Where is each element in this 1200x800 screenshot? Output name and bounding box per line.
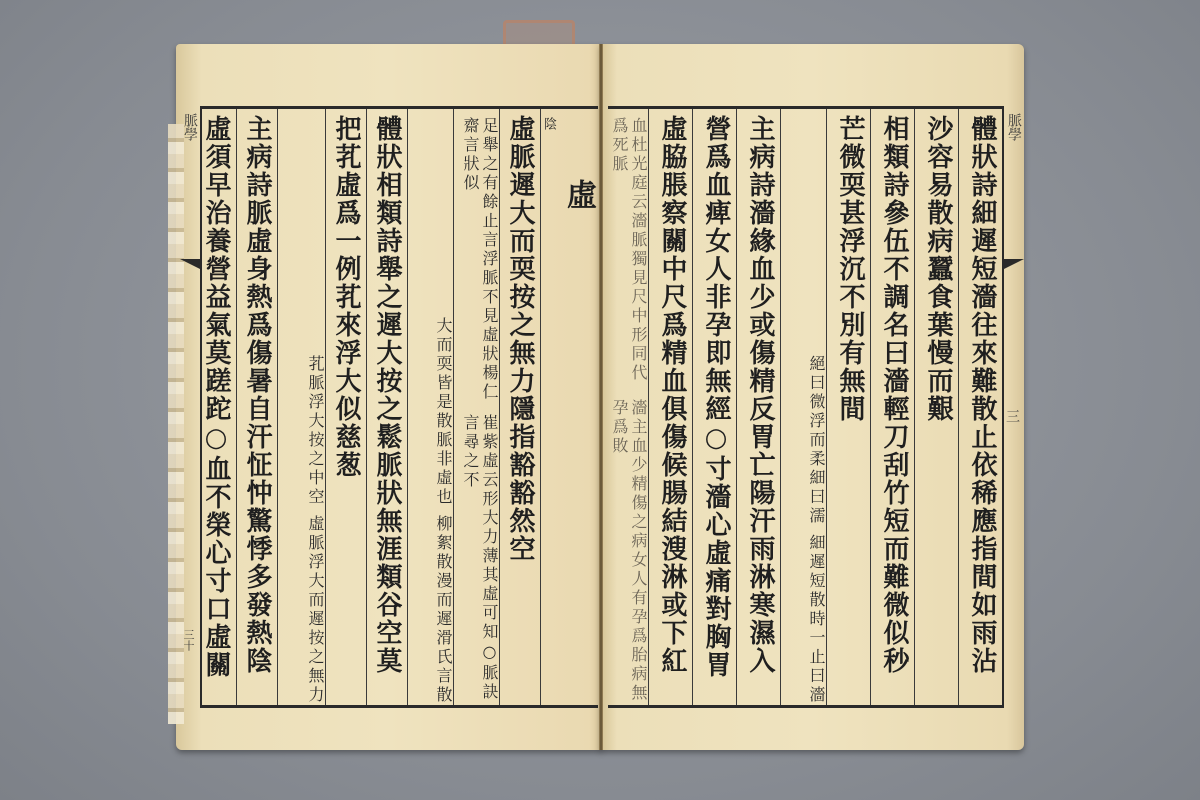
- column-text: 體狀相類詩舉之遲大按之鬆脈狀無涯類谷空莫: [367, 109, 407, 705]
- annotation-column: 濇主血少精傷之病女人有孕爲胎病無孕爲敗 血杜光庭云濇脈獨見尺中形同代爲死脈: [608, 109, 648, 705]
- right-page-number: 三: [1002, 409, 1022, 423]
- text-column: 芒微耎甚浮沉不別有無間: [826, 109, 870, 705]
- section-title-column: 虛 陰: [540, 109, 598, 705]
- left-page: 脈學 三十 虛 陰 虛脈遲大而耎按之無力隱指豁豁然空 崔紫虛云形大力薄其虛可知○…: [176, 44, 602, 750]
- column-text: 相類詩參伍不調名曰濇輕刀刮竹短而難微似秒: [874, 109, 914, 705]
- text-column: 體狀相類詩舉之遲大按之鬆脈狀無涯類谷空莫: [366, 109, 407, 705]
- annotation-column: 柳絮散漫而遲滑氏言散 大而耎皆是散脈非虛也: [407, 109, 453, 705]
- column-text: 虛脇脹察關中尺爲精血俱傷候腸結溲淋或下紅: [652, 109, 692, 705]
- annotation-line: 足舉之有餘止言浮脈不見虛狀楊仁齋言狀似: [454, 109, 499, 406]
- text-column: 營爲血痺女人非孕即無經○寸濇心虛痛對胸胃: [692, 109, 736, 705]
- section-tag: 陰: [539, 109, 558, 705]
- annotation-column: 崔紫虛云形大力薄其虛可知○脈訣言尋之不 足舉之有餘止言浮脈不見虛狀楊仁齋言狀似: [453, 109, 499, 705]
- text-column: 主病詩濇緣血少或傷精反胃亡陽汗雨淋寒濕入: [736, 109, 780, 705]
- text-column: 虛脇脹察關中尺爲精血俱傷候腸結溲淋或下紅: [648, 109, 692, 705]
- annotation-line: 絕曰微浮而柔細曰濡: [781, 347, 826, 526]
- annotation-line: 虛脈浮大而遲按之無力: [278, 507, 325, 705]
- text-column: 沙容易散病蠶食葉慢而艱: [914, 109, 958, 705]
- annotation-line: 崔紫虛云形大力薄其虛可知○脈訣言尋之不: [454, 406, 499, 705]
- text-column: 把芤虛爲一例芤來浮大似慈葱: [325, 109, 366, 705]
- annotation-line: 柳絮散漫而遲滑氏言散: [408, 507, 453, 705]
- left-page-number: 三十: [180, 629, 196, 651]
- right-page-frame: 脈學 三 體狀詩細遲短濇往來難散止依稀應指間如雨沾 沙容易散病蠶食葉慢而艱 相類…: [608, 106, 1004, 708]
- text-column: 虛須早治養營益氣莫蹉跎○血不榮心寸口虛關: [196, 109, 236, 705]
- column-text: 營爲血痺女人非孕即無經○寸濇心虛痛對胸胃: [696, 109, 736, 705]
- annotation-line: 芤脈浮大按之中空: [278, 155, 325, 507]
- column-text: 主病詩濇緣血少或傷精反胃亡陽汗雨淋寒濕入: [740, 109, 780, 705]
- text-column: 主病詩脈虛身熱爲傷暑自汗怔忡驚悸多發熱陰: [236, 109, 277, 705]
- text-column: 體狀詩細遲短濇往來難散止依稀應指間如雨沾: [958, 109, 1002, 705]
- column-text: 虛須早治養營益氣莫蹉跎○血不榮心寸口虛關: [196, 109, 236, 705]
- right-page: 脈學 三 體狀詩細遲短濇往來難散止依稀應指間如雨沾 沙容易散病蠶食葉慢而艱 相類…: [600, 44, 1024, 750]
- annotation-line: 細遲短散時一止曰濇: [781, 526, 826, 705]
- column-text: 主病詩脈虛身熱爲傷暑自汗怔忡驚悸多發熱陰: [237, 109, 277, 705]
- book-spine: [599, 44, 603, 750]
- column-text: 芒微耎甚浮沉不別有無間: [830, 109, 870, 705]
- fish-tail-mark-icon: [1004, 259, 1024, 269]
- text-column: 虛脈遲大而耎按之無力隱指豁豁然空: [499, 109, 540, 705]
- annotation-line: 濇主血少精傷之病女人有孕爲胎病無孕爲敗: [608, 391, 648, 705]
- right-margin-title: 脈學: [1004, 113, 1024, 141]
- open-book: 脈學 三十 虛 陰 虛脈遲大而耎按之無力隱指豁豁然空 崔紫虛云形大力薄其虛可知○…: [176, 44, 1026, 750]
- section-title: 虛: [558, 109, 598, 705]
- column-text: 虛脈遲大而耎按之無力隱指豁豁然空: [500, 109, 540, 705]
- left-page-frame: 脈學 三十 虛 陰 虛脈遲大而耎按之無力隱指豁豁然空 崔紫虛云形大力薄其虛可知○…: [200, 106, 598, 708]
- column-text: 把芤虛爲一例芤來浮大似慈葱: [326, 109, 366, 705]
- annotation-line: 大而耎皆是散脈非虛也: [408, 309, 453, 507]
- left-columns: 虛 陰 虛脈遲大而耎按之無力隱指豁豁然空 崔紫虛云形大力薄其虛可知○脈訣言尋之不…: [202, 109, 598, 705]
- annotation-column: 細遲短散時一止曰濇 絕曰微浮而柔細曰濡: [780, 109, 826, 705]
- annotation-line: 血杜光庭云濇脈獨見尺中形同代爲死脈: [608, 109, 648, 391]
- column-text: 沙容易散病蠶食葉慢而艱: [918, 109, 958, 705]
- right-columns: 體狀詩細遲短濇往來難散止依稀應指間如雨沾 沙容易散病蠶食葉慢而艱 相類詩參伍不調…: [608, 109, 1002, 705]
- text-column: 相類詩參伍不調名曰濇輕刀刮竹短而難微似秒: [870, 109, 914, 705]
- column-text: 體狀詩細遲短濇往來難散止依稀應指間如雨沾: [962, 109, 1002, 705]
- annotation-column: 虛脈浮大而遲按之無力 芤脈浮大按之中空: [277, 109, 325, 705]
